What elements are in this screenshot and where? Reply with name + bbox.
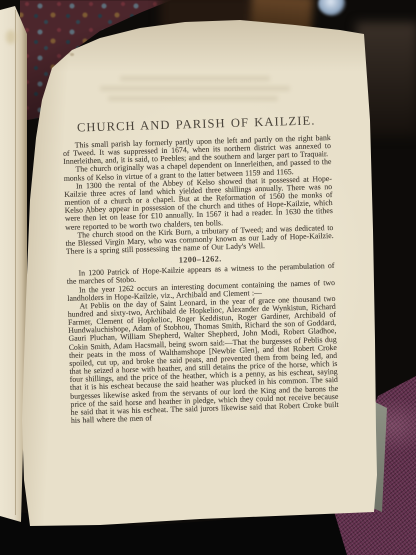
page-stain xyxy=(70,53,74,56)
background-blue-object xyxy=(318,0,346,16)
paragraph: At Peblis on the day of Saint Leonard, i… xyxy=(67,295,339,425)
show-through-text xyxy=(120,76,270,81)
page-crease xyxy=(15,10,16,515)
paragraph: In 1300 the rental of the Abbey of Kelso… xyxy=(64,175,333,232)
page-stain xyxy=(6,30,16,44)
show-through-text xyxy=(100,86,290,91)
book-photo: CHURCH AND PARISH OF KAILZIE. This small… xyxy=(0,0,416,555)
show-through-text xyxy=(108,96,278,101)
printed-text: CHURCH AND PARISH OF KAILZIE. This small… xyxy=(62,113,339,425)
